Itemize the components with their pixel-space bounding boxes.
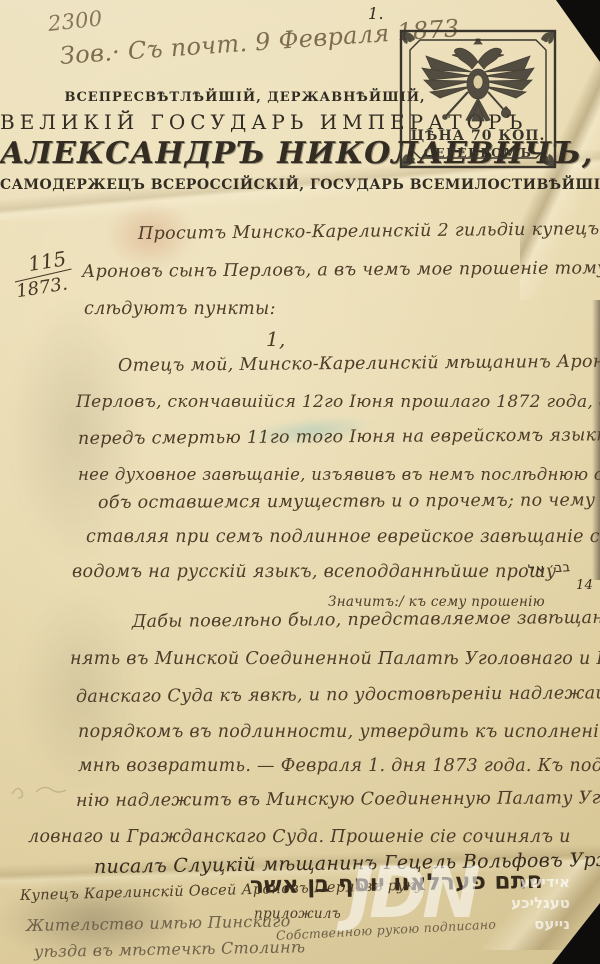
petition-intro-line: слѣдуютъ пункты: (84, 299, 276, 319)
stamp-price-line: ЦѢНА 70 КОП. (398, 128, 558, 144)
clause-number: 1, (266, 327, 286, 351)
margin-note-number: 14 (576, 578, 593, 593)
petition-body-line: объ оставшемся имуществѣ и о прочемъ; по… (98, 490, 600, 513)
case-number-denominator: 1873. (15, 272, 76, 302)
residence-line: Жительство имѣю Пинскаго (26, 911, 291, 935)
hebrew-margin-note: בב׳ אל (527, 560, 570, 578)
petition-body-line: водомъ на русскій языкъ, всеподданнѣйше … (72, 562, 556, 582)
petition-body-line: нію надлежитъ въ Минскую Соединенную Пал… (76, 788, 600, 811)
petition-intro-line: Ароновъ сынъ Перловъ, а въ чемъ мое прош… (82, 258, 600, 282)
page-number-mark: 1. (368, 4, 384, 23)
case-number-numerator: 115 (26, 246, 71, 276)
revenue-stamp: ЦѢНА 70 КОП. СЕРЕБРОМЪ (398, 28, 558, 170)
paper-sheet: 2300 Зов.· Съ почт. 9 Февраля 1873 1. ВС… (0, 0, 600, 964)
insert-note: Значитъ:/ къ сему прошенію (328, 594, 545, 610)
petition-body-line: нять въ Минской Соединенной Палатѣ Уголо… (70, 649, 600, 669)
petition-body-line: передъ смертью 11го того Іюня на еврейск… (78, 425, 600, 449)
scanned-document-page: 2300 Зов.· Съ почт. 9 Февраля 1873 1. ВС… (0, 0, 600, 964)
jdn-watermark-logo: JDN (348, 858, 476, 928)
petition-body-line: нее духовное завѣщаніе, изъявивъ въ немъ… (78, 465, 600, 484)
residence-line: уѣзда въ мѣстечкѣ Столинѣ (34, 937, 306, 961)
doc-number-annotation: 2300 (47, 6, 104, 36)
petition-body-line: ставляя при семъ подлинное еврейское зав… (86, 527, 600, 547)
petition-body-line: Отецъ мой, Минско-Карелинскій мѣщанинъ А… (118, 351, 600, 376)
petition-body-line: порядкомъ въ подлинности, утвердить къ и… (78, 722, 600, 742)
case-number-annotation: 115 1873. (11, 246, 76, 302)
petition-body-line: Перловъ, скончавшійся 12го Іюня прошлаго… (76, 392, 600, 412)
letterhead-line-4: САМОДЕРЖЕЦЪ ВСЕРОССІЙСКІЙ, ГОСУДАРЬ ВСЕМ… (0, 177, 600, 193)
tagline-line: אידישע (488, 872, 570, 893)
petition-intro-line: Проситъ Минско-Карелинскій 2 гильдіи куп… (138, 219, 600, 244)
petition-body-line: Дабы повелѣно было, представляемое завѣщ… (132, 607, 600, 632)
jdn-watermark-tagline: אידישע טעגליכע נייעס (488, 872, 570, 935)
petition-body-line: мнѣ возвратить. — Февраля 1. дня 1873 го… (78, 756, 600, 776)
double-headed-eagle-icon (422, 39, 534, 121)
faint-pencil-mark (8, 778, 78, 804)
petition-body-line: ловнаго и Гражданскаго Суда. Прошеніе сі… (28, 827, 571, 847)
petition-body-line: данскаго Суда къ явкѣ, и по удостовѣрені… (76, 683, 600, 707)
tagline-line: נייעס (488, 914, 570, 935)
tagline-line: טעגליכע (488, 893, 570, 914)
stamp-currency-line: СЕРЕБРОМЪ (398, 145, 558, 160)
